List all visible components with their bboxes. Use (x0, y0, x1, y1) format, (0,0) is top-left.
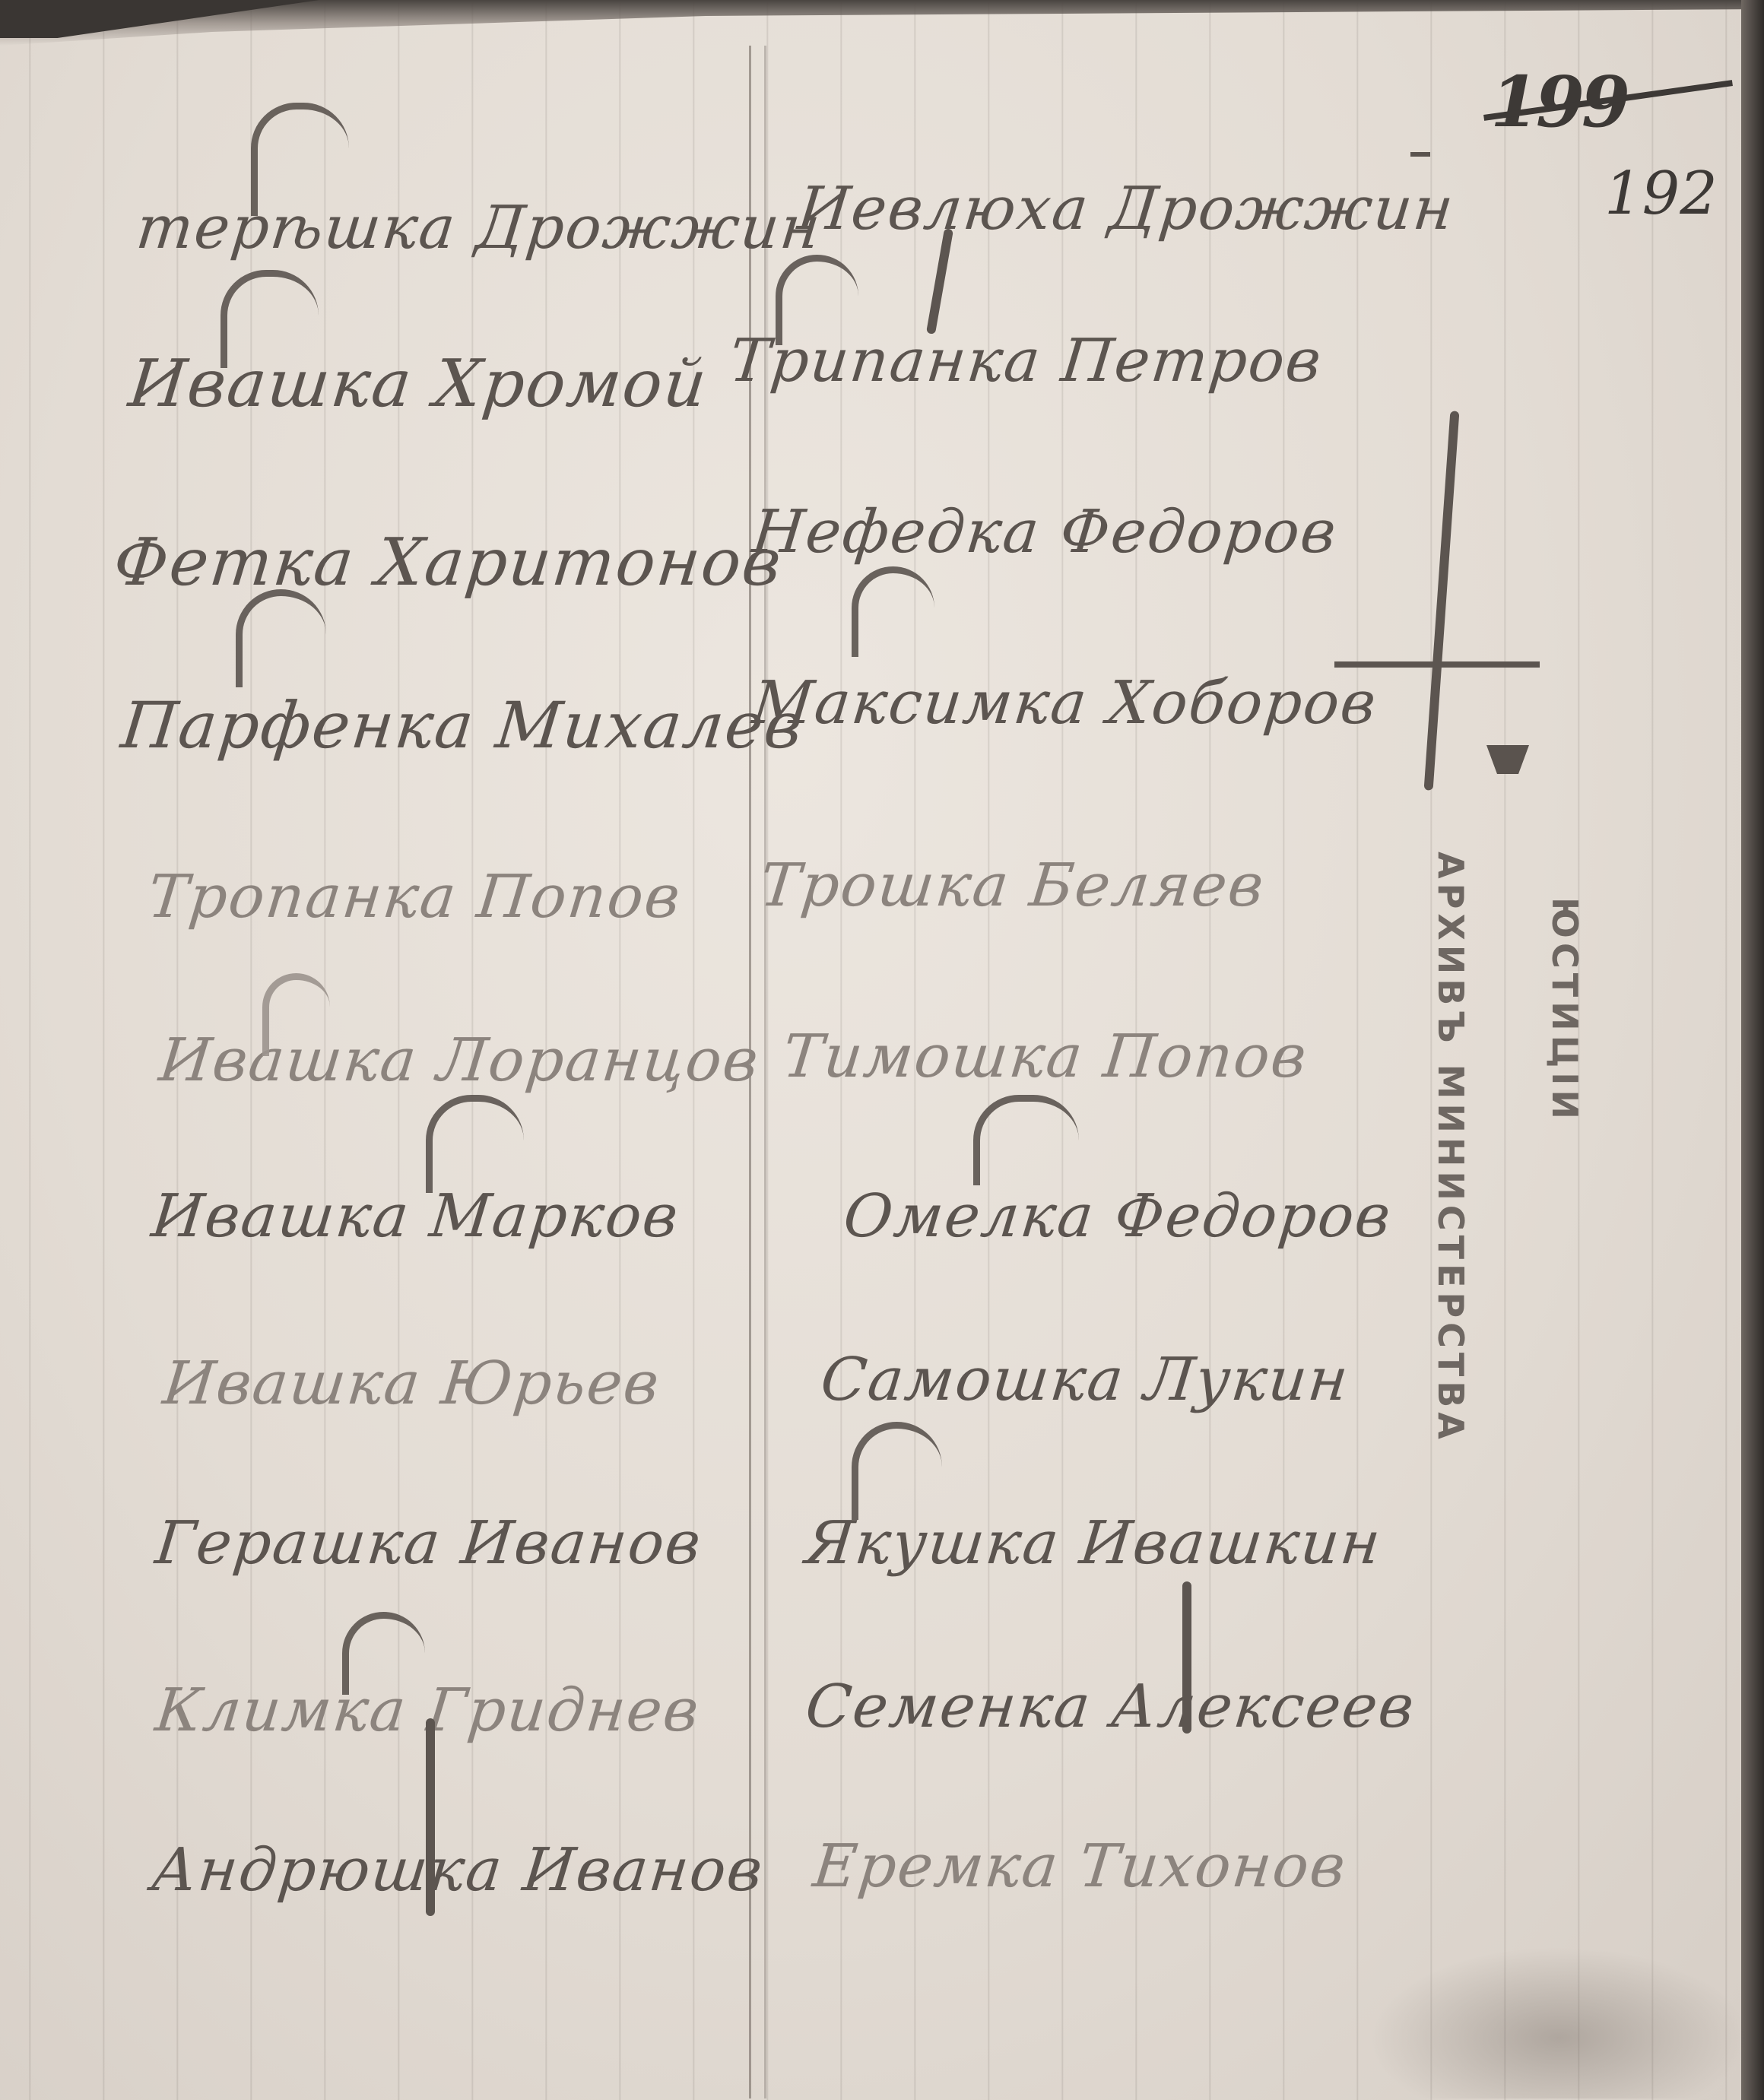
name-entry: Ивашка Юрьев (160, 1350, 663, 1418)
superscript-stroke (973, 1095, 1079, 1185)
superscript-stroke (852, 1422, 942, 1520)
page-right-edge (1741, 0, 1764, 2100)
superscript-stroke (262, 973, 330, 1056)
name-entry: Тропанка Попов (144, 863, 684, 931)
superscript-stroke (236, 589, 326, 687)
name-entry: Омелка Федоров (840, 1182, 1394, 1251)
dash-mark (1410, 152, 1430, 157)
ascender-stroke (1182, 1581, 1191, 1734)
superscript-stroke (426, 1095, 524, 1193)
superscript-stroke (776, 255, 858, 345)
name-entry: Максимка Хоборов (749, 669, 1380, 738)
name-entry: Ивашка Лоранцов (156, 1026, 763, 1095)
stain (1369, 1946, 1749, 2098)
folio-number: 192 (1604, 160, 1718, 228)
name-entry: Андрюшка Иванов (148, 1836, 766, 1905)
signature-bar (1334, 661, 1540, 668)
folio-number-old: 199 (1490, 61, 1627, 143)
name-entry: Ивашка Марков (148, 1182, 682, 1251)
name-entry: Иевлюха Дрожжин (795, 175, 1458, 243)
name-entry: Герашка Иванов (152, 1509, 705, 1578)
superscript-stroke (251, 103, 349, 216)
superscript-stroke (220, 270, 319, 368)
name-entry: терѣшка Дрожжин (133, 194, 824, 262)
name-entry: Семенка Алексеев (802, 1673, 1418, 1741)
superscript-stroke (342, 1612, 425, 1695)
name-entry: Парфенка Михалев (118, 688, 807, 763)
name-entry: Тимошка Попов (779, 1023, 1311, 1091)
name-entry: Фетка Харитонов (110, 525, 786, 601)
name-entry: Самошка Лукин (817, 1346, 1353, 1414)
name-entry: Ивашка Хромой (125, 346, 712, 422)
name-entry: Еремка Тихонов (810, 1832, 1350, 1901)
superscript-stroke (852, 566, 934, 657)
archive-stamp-line1: АРХИВЪ МИНИСТЕРСТВА (1430, 852, 1471, 1444)
name-entry: Нефедка Федоров (749, 498, 1340, 566)
archive-stamp-line2: ЮСТИЦІИ (1544, 897, 1585, 1124)
name-entry: Трошка Беляев (757, 852, 1267, 920)
ascender-stroke (426, 1718, 435, 1916)
